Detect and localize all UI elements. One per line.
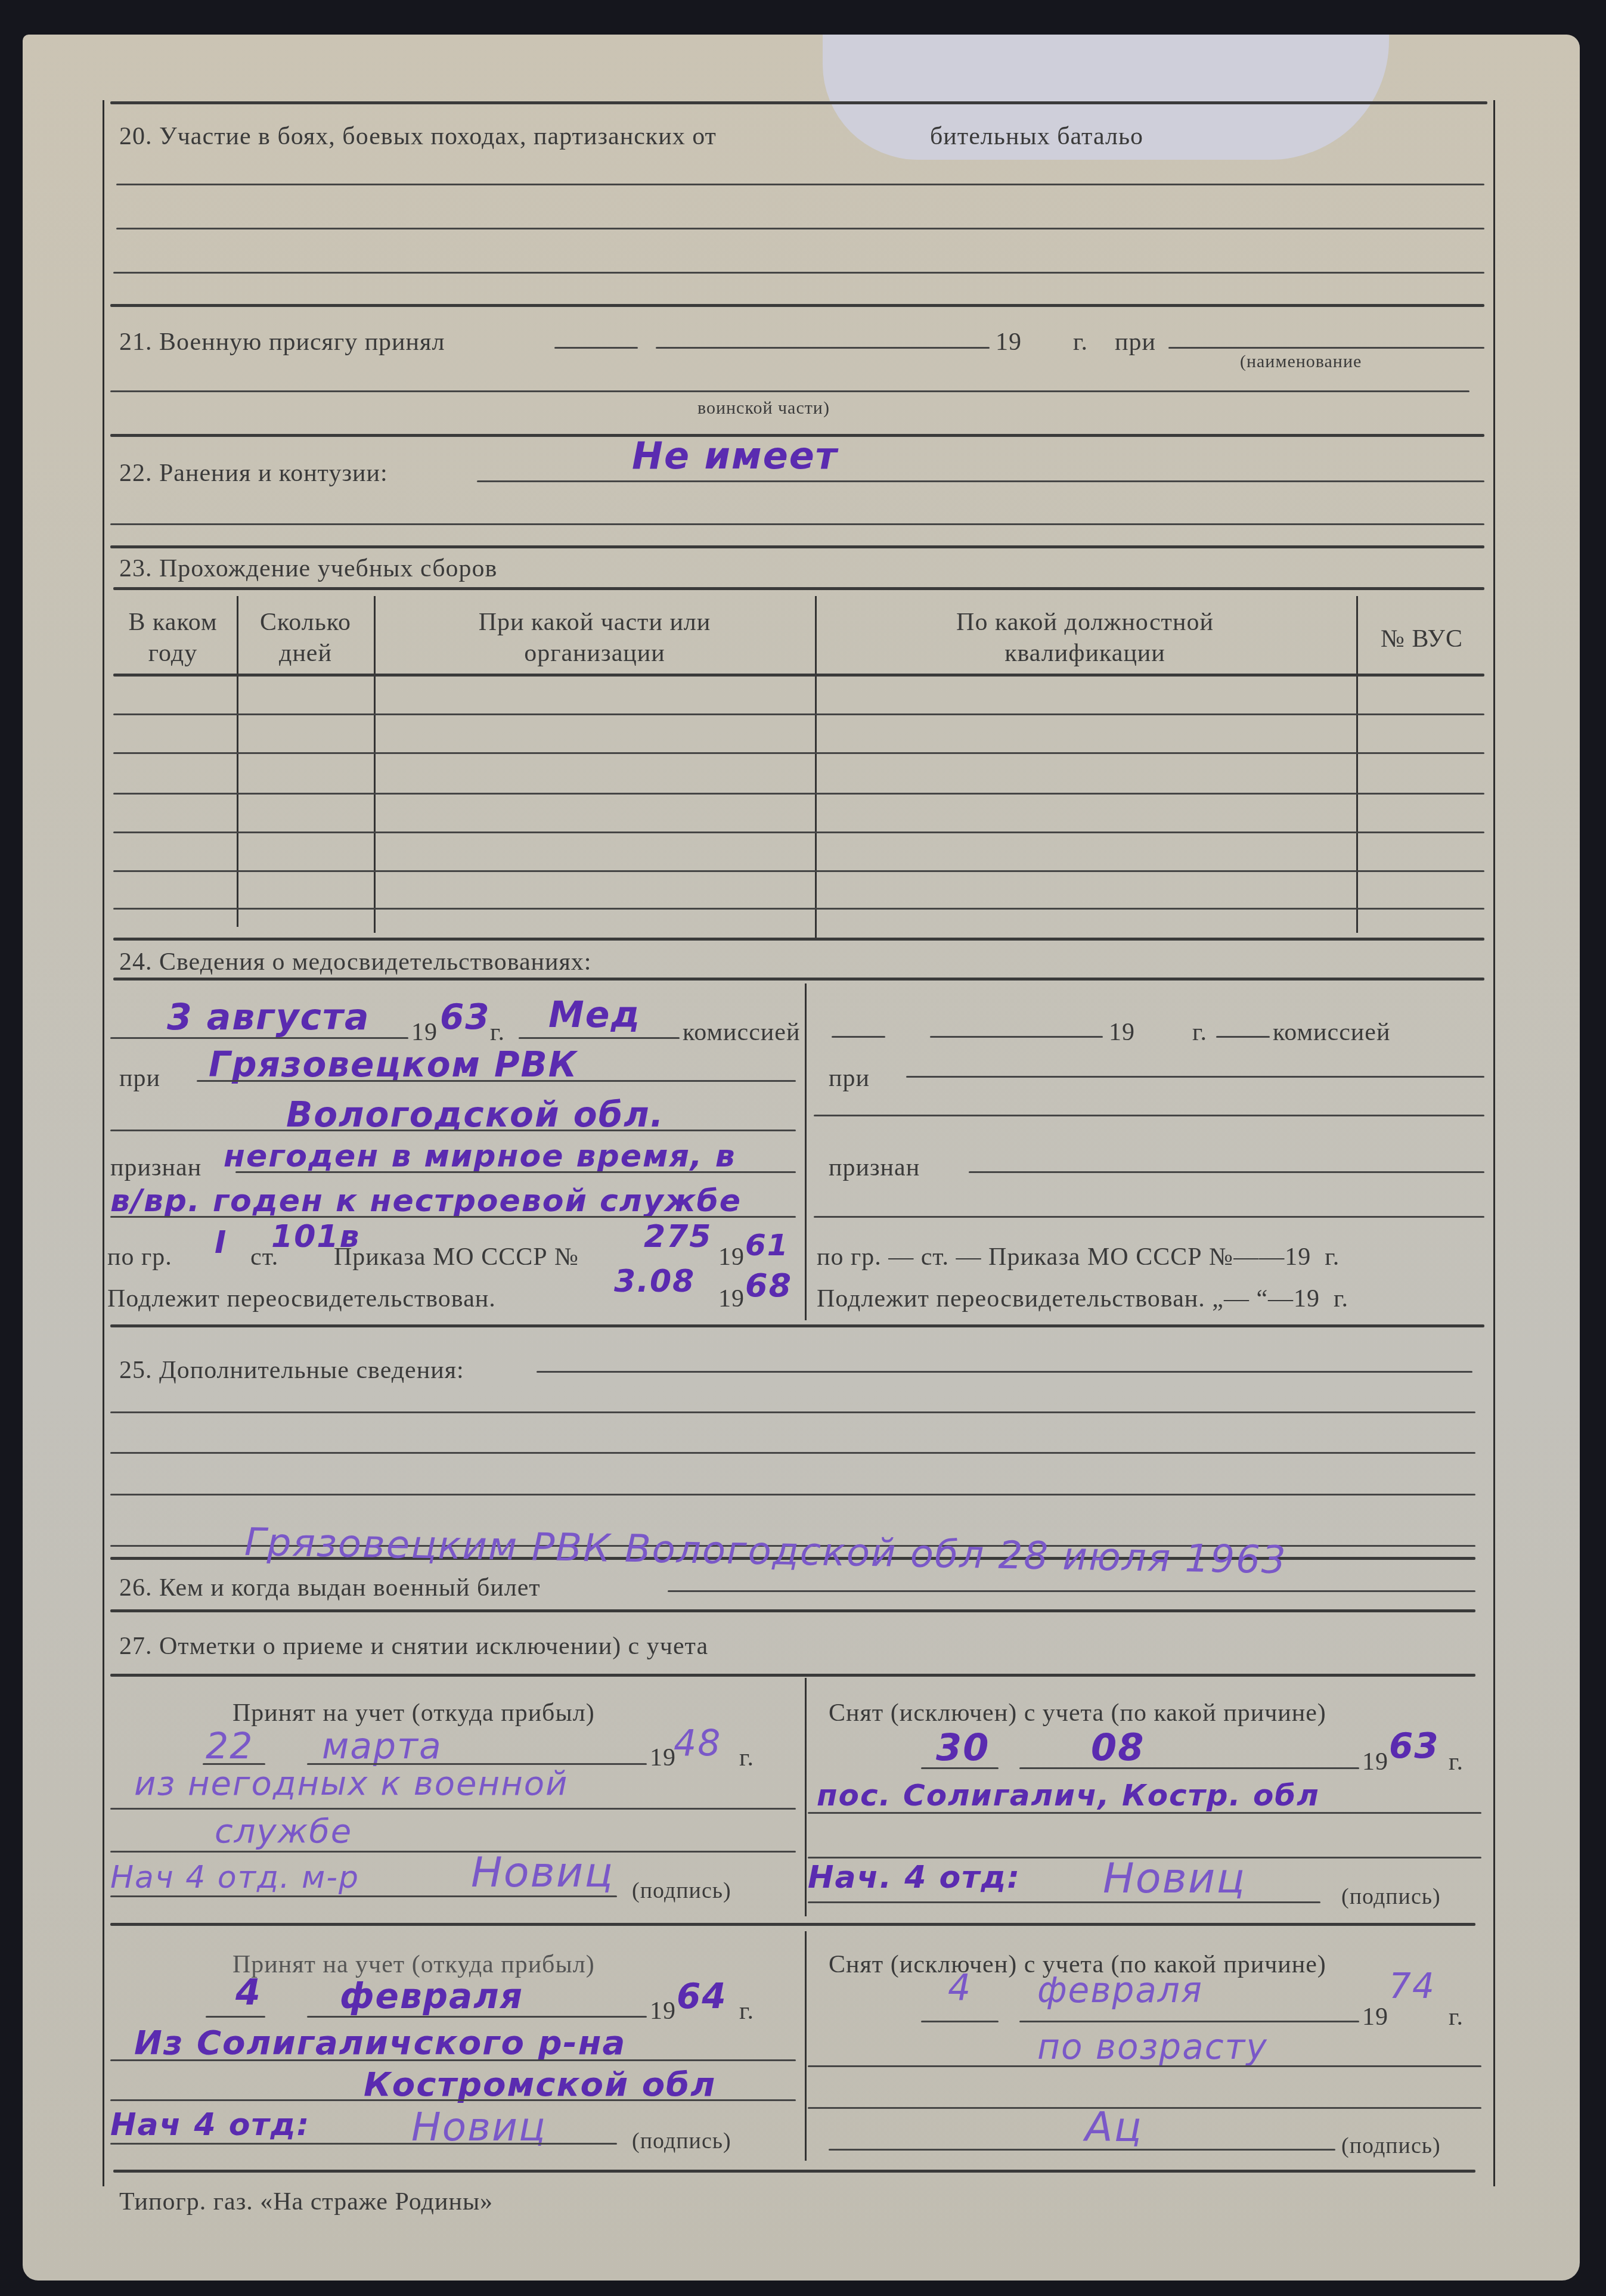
s20-line-3 — [113, 272, 1484, 274]
s25-field[interactable] — [537, 1371, 1472, 1373]
s24-right-month-field[interactable] — [930, 1036, 1103, 1038]
s27-b3-month-field[interactable] — [1019, 2021, 1359, 2022]
s27-b2-day: 4 — [235, 1972, 262, 2013]
s24-right-found-field[interactable] — [969, 1171, 1484, 1173]
s24-left-at-value-1: Грязовецком РВК — [209, 1044, 578, 1085]
s27-b2-g: г. — [739, 1997, 754, 2025]
s24-left-g: г. — [490, 1018, 505, 1047]
s23-row[interactable] — [113, 870, 1484, 872]
s20-label-tail: бительных батальо — [930, 122, 1143, 151]
s23-header-divider — [113, 674, 1484, 677]
s23-col-vus: № ВУС — [1359, 625, 1484, 653]
s27-b2-year: 64 — [677, 1976, 727, 2016]
s27-b3-sign-field[interactable] — [829, 2149, 1335, 2151]
divider — [110, 304, 1484, 307]
s27-b1-line1-field[interactable] — [808, 1812, 1481, 1814]
s27-b1-day: 30 — [936, 1726, 990, 1769]
s24-left-order-year: 61 — [745, 1228, 789, 1262]
s24-right-recheck-line: Подлежит переосвидетельствован. „— “—19 … — [817, 1284, 1348, 1313]
s27-b2-sign-field[interactable] — [110, 2143, 617, 2145]
s27-label: 27. Отметки о приеме и снятии исключении… — [119, 1632, 708, 1661]
divider — [113, 587, 1484, 590]
divider — [110, 1609, 1475, 1612]
s23-row[interactable] — [113, 752, 1484, 754]
s26-field[interactable] — [668, 1590, 1475, 1592]
s20-label: 20. Участие в боях, боевых походах, парт… — [119, 122, 717, 151]
s25-line-4[interactable] — [110, 1494, 1475, 1495]
s27-b3-signature: Ац — [1085, 2104, 1143, 2151]
s27-b0-year: 48 — [674, 1723, 721, 1764]
s27-b2-month: февраля — [340, 1976, 523, 2016]
s24-left-gr-value: I — [215, 1225, 227, 1261]
s27-b0-signature: Новиц — [471, 1848, 614, 1897]
divider — [110, 101, 1487, 104]
s24-right-found-label: признан — [829, 1153, 920, 1182]
s21-hint-unit: воинской части) — [697, 398, 830, 418]
s24-left-year-prefix: 19 — [411, 1018, 438, 1047]
s27-b0-line2: службе — [215, 1812, 352, 1851]
s27-b3-day: 4 — [948, 1967, 972, 2009]
s20-line-2 — [116, 228, 1484, 229]
s24-left-gr-label: по гр. — [107, 1243, 172, 1271]
s21-label: 21. Военную присягу принял — [119, 328, 445, 356]
s24-left-order-year-prefix: 19 — [718, 1243, 745, 1271]
s23-row[interactable] — [113, 793, 1484, 795]
s20-line-1 — [116, 184, 1484, 185]
s27-b2-sign-hint: (подпись) — [632, 2128, 731, 2154]
s24-right-commission-field[interactable] — [1216, 1036, 1270, 1038]
s21-unit-field[interactable] — [1168, 347, 1484, 349]
s27-b0-g: г. — [739, 1743, 754, 1772]
s24-right-commission-label: комиссией — [1273, 1018, 1390, 1047]
s24-left-at-field[interactable] — [197, 1080, 796, 1082]
s24-left-recheck-year: 68 — [745, 1267, 792, 1304]
s27-b1-sign-field[interactable] — [808, 1901, 1320, 1903]
s24-left-found-label: признан — [110, 1153, 201, 1182]
s27-b0-signer: Нач 4 отд. м-р — [110, 1860, 359, 1895]
s24-left-found-value-1: негоден в мирное время, в — [224, 1138, 736, 1174]
s24-right-gr-line: по гр. — ст. — Приказа МО СССР №——19 г. — [817, 1243, 1340, 1271]
s24-col-sep — [805, 983, 807, 1320]
s27-b1-month: 08 — [1091, 1726, 1145, 1769]
s21-at-label: при — [1115, 328, 1156, 356]
s27-b3-sign-hint: (подпись) — [1341, 2133, 1441, 2159]
s24-left-commission-field[interactable] — [519, 1037, 680, 1039]
s24-left-commission-type: Мед — [548, 994, 641, 1036]
s27-b2-line2: Костромской обл — [364, 2065, 716, 2104]
s27-b2-year-prefix: 19 — [650, 1997, 676, 2025]
s27-col-sep — [805, 1678, 807, 1916]
s23-col-unit: При какой части илиорганизации — [376, 607, 814, 669]
s24-left-date: 3 августа — [167, 997, 370, 1038]
s24-left-recheck-label: Подлежит переосвидетельствован. — [107, 1284, 496, 1313]
s21-year-prefix: 19 — [996, 328, 1022, 356]
s22-field[interactable] — [477, 480, 1484, 482]
s24-left-commission-label: комиссией — [683, 1018, 800, 1047]
s24-left-year: 63 — [440, 997, 491, 1037]
s24-left-recheck-year-prefix: 19 — [718, 1284, 745, 1313]
s24-left-at-label: при — [119, 1064, 160, 1093]
s24-right-at-label: при — [829, 1064, 870, 1093]
divider — [110, 545, 1484, 548]
s23-col-year: В какомгоду — [110, 607, 235, 669]
s27-b3-year-prefix: 19 — [1362, 2003, 1388, 2031]
s27-b0-month: марта — [322, 1726, 442, 1767]
s27-b3-year: 74 — [1389, 1966, 1436, 2006]
s27-b2-signer: Нач 4 отд: — [110, 2107, 310, 2143]
s21-year-suffix: г. — [1073, 328, 1088, 356]
s23-col-qualification: По какой должностнойквалификации — [817, 607, 1353, 669]
s27-b2-line1: Из Солигаличского р-на — [134, 2024, 626, 2062]
s24-left-at-field-2[interactable] — [110, 1130, 796, 1131]
s27-b2-line1-field[interactable] — [110, 2059, 796, 2061]
s25-label: 25. Дополнительные сведения: — [119, 1356, 464, 1385]
s27-b1-line1: пос. Солигалич, Костр. обл — [817, 1778, 1320, 1813]
s24-left-order-no: 275 — [644, 1219, 712, 1255]
s27-b0-line2-field[interactable] — [110, 1851, 796, 1853]
s27-b1-year-prefix: 19 — [1362, 1748, 1388, 1776]
s27-b1-sign-hint: (подпись) — [1341, 1884, 1441, 1910]
s27-b2-title: Принят на учет (откуда прибыл) — [232, 1950, 595, 1979]
s24-label: 24. Сведения о медосвидетельствованиях: — [119, 948, 592, 976]
s23-col-sep — [237, 596, 238, 927]
divider — [110, 1324, 1484, 1327]
s27-b3-day-field[interactable] — [921, 2021, 999, 2022]
s24-right-day-field[interactable] — [832, 1036, 885, 1038]
s27-b1-g: г. — [1449, 1748, 1464, 1776]
s24-right-g: г. — [1192, 1018, 1207, 1047]
s21-hint-name: (наименование — [1240, 352, 1362, 372]
s27-b3-g: г. — [1449, 2003, 1464, 2031]
s27-b0-sign-hint: (подпись) — [632, 1878, 731, 1904]
s27-b2-line2-field[interactable] — [110, 2099, 796, 2101]
s24-left-found-field-2[interactable] — [110, 1216, 796, 1218]
divider — [113, 2170, 1475, 2173]
s24-left-found-field[interactable] — [235, 1171, 796, 1173]
s21-unit-line[interactable] — [110, 390, 1469, 392]
s27-b0-line1-field[interactable] — [110, 1808, 796, 1810]
s27-b1-day-field[interactable] — [921, 1767, 999, 1769]
s27-b0-title: Принят на учет (откуда прибыл) — [232, 1699, 595, 1727]
s23-col-days: Сколькодней — [238, 607, 373, 669]
s27-b2-month-field[interactable] — [307, 2016, 647, 2018]
s23-col-sep — [1356, 596, 1358, 933]
s23-row[interactable] — [113, 713, 1484, 715]
s27-b1-title: Снят (исключен) с учета (по какой причин… — [829, 1699, 1326, 1727]
s26-label: 26. Кем и когда выдан военный билет — [119, 1574, 541, 1602]
divider — [110, 1674, 1475, 1677]
s24-left-found-value-2: в/вр. годен к нестроевой службе — [110, 1183, 742, 1219]
s27-col-sep — [805, 1931, 807, 2161]
s22-label: 22. Ранения и контузии: — [119, 459, 388, 488]
s27-b3-line1: по возрасту — [1037, 2027, 1268, 2067]
s27-b3-line1-field[interactable] — [808, 2065, 1481, 2067]
s25-line-3[interactable] — [110, 1452, 1475, 1454]
s22-value: Не имеет — [632, 434, 838, 477]
s27-b2-day-field[interactable] — [206, 2016, 265, 2018]
s27-b1-signature: Новиц — [1103, 1854, 1246, 1903]
s24-right-year-prefix: 19 — [1109, 1018, 1135, 1047]
s27-b0-sign-field[interactable] — [110, 1895, 617, 1897]
s25-line-2[interactable] — [110, 1411, 1475, 1413]
s27-b0-year-prefix: 19 — [650, 1743, 676, 1772]
s24-left-at-value-2: Вологодской обл. — [286, 1094, 665, 1135]
s27-b1-year: 63 — [1389, 1726, 1440, 1766]
s22-line-2[interactable] — [110, 523, 1484, 525]
s27-b3-month: февраля — [1037, 1970, 1203, 2010]
s23-row[interactable] — [113, 831, 1484, 833]
s23-label: 23. Прохождение учебных сборов — [119, 554, 497, 583]
s24-left-order-label: Приказа МО СССР № — [334, 1243, 579, 1271]
s24-left-date-field[interactable] — [110, 1037, 408, 1039]
s27-b0-day: 22 — [206, 1726, 253, 1767]
s24-left-recheck-date: 3.08 — [614, 1264, 695, 1299]
s21-month-field[interactable] — [656, 347, 990, 349]
s27-b1-signer: Нач. 4 отд: — [808, 1860, 1021, 1895]
s27-b0-line1: из негодных к военной — [134, 1764, 568, 1803]
s23-col-sep — [374, 596, 376, 933]
divider — [113, 938, 1484, 941]
s24-right-at-field-2[interactable] — [814, 1115, 1484, 1116]
s24-right-found-field-2[interactable] — [814, 1216, 1484, 1218]
s21-day-field[interactable] — [554, 347, 638, 349]
s27-b3-line2-field[interactable] — [808, 2107, 1481, 2109]
divider — [113, 978, 1484, 981]
printer-imprint: Типогр. газ. «На страже Родины» — [119, 2188, 493, 2216]
s24-right-at-field[interactable] — [906, 1076, 1484, 1078]
s23-row[interactable] — [113, 908, 1484, 910]
s27-b1-month-field[interactable] — [1019, 1767, 1359, 1769]
divider — [110, 1923, 1475, 1926]
s23-col-sep — [815, 596, 817, 939]
